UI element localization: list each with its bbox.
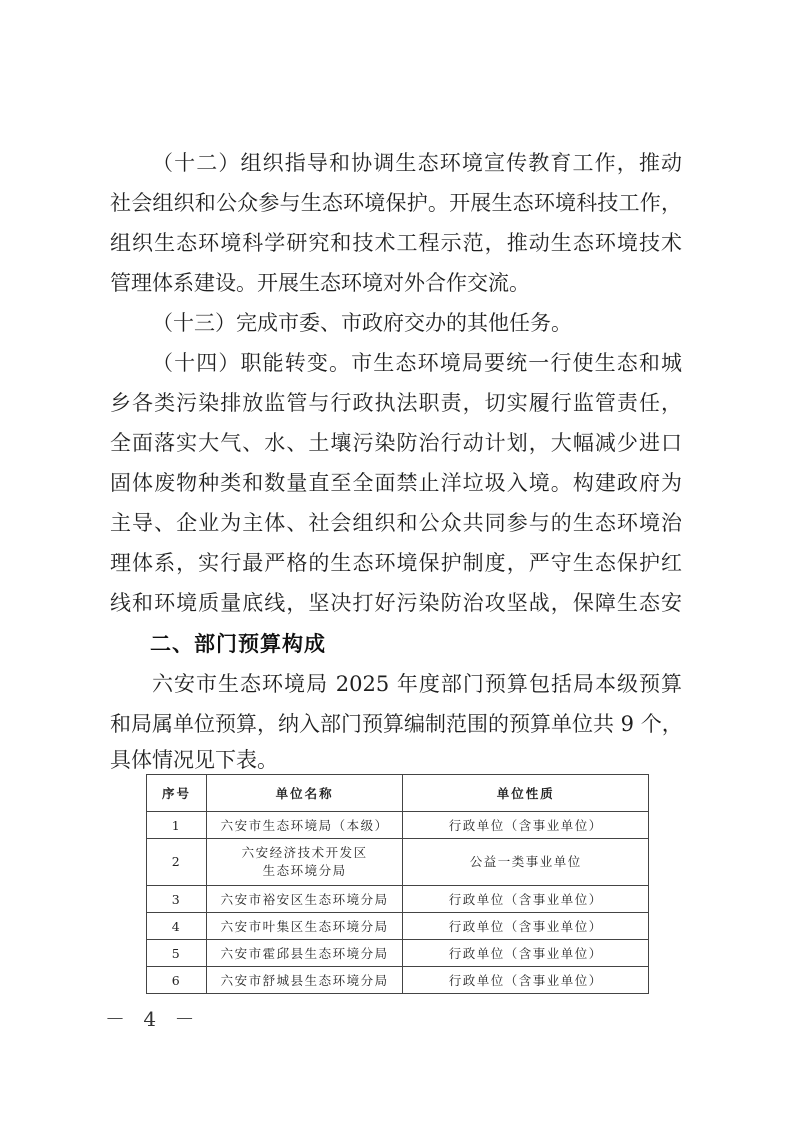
header-unit-type: 单位性质	[403, 775, 649, 812]
cell-unit-name: 六安经济技术开发区 生态环境分局	[206, 839, 403, 886]
cell-unit-name-line1: 六安经济技术开发区	[207, 844, 403, 862]
cell-no: 4	[147, 913, 207, 940]
paragraph-line: 线和环境质量底线，坚决打好污染防治攻坚战，保障生态安	[110, 583, 682, 623]
table-row: 6 六安市舒城县生态环境分局 行政单位（含事业单位）	[147, 967, 649, 994]
section-heading: 二、部门预算构成	[150, 624, 326, 664]
cell-unit-name: 六安市叶集区生态环境分局	[206, 913, 403, 940]
paragraph-line: （十三）完成市委、市政府交办的其他任务。	[152, 303, 682, 343]
cell-unit-type: 行政单位（含事业单位）	[403, 886, 649, 913]
table-row: 3 六安市裕安区生态环境分局 行政单位（含事业单位）	[147, 886, 649, 913]
table-row: 4 六安市叶集区生态环境分局 行政单位（含事业单位）	[147, 913, 649, 940]
paragraph-line: 六安市生态环境局 2025 年度部门预算包括局本级预算	[152, 664, 682, 704]
paragraph-line: 组织生态环境科学研究和技术工程示范，推动生态环境技术	[110, 223, 682, 263]
table-row: 5 六安市霍邱县生态环境分局 行政单位（含事业单位）	[147, 940, 649, 967]
paragraph-line: （十二）组织指导和协调生态环境宣传教育工作，推动	[152, 143, 682, 183]
table-row: 1 六安市生态环境局（本级） 行政单位（含事业单位）	[147, 812, 649, 839]
cell-no: 3	[147, 886, 207, 913]
paragraph-line: 和局属单位预算，纳入部门预算编制范围的预算单位共 9 个，	[110, 704, 682, 744]
cell-unit-type: 行政单位（含事业单位）	[403, 967, 649, 994]
paragraph-line: 乡各类污染排放监管与行政执法职责，切实履行监管责任，	[110, 383, 682, 423]
cell-unit-type: 行政单位（含事业单位）	[403, 812, 649, 839]
header-no: 序号	[147, 775, 207, 812]
paragraph-line: 固体废物种类和数量直至全面禁止洋垃圾入境。构建政府为	[110, 463, 682, 503]
paragraph-line: 全面落实大气、水、土壤污染防治行动计划，大幅减少进口	[110, 423, 682, 463]
paragraph-line: 社会组织和公众参与生态环境保护。开展生态环境科技工作，	[110, 183, 682, 223]
cell-unit-type: 公益一类事业单位	[403, 839, 649, 886]
cell-no: 1	[147, 812, 207, 839]
table-header-row: 序号 单位名称 单位性质	[147, 775, 649, 812]
cell-no: 5	[147, 940, 207, 967]
cell-unit-name: 六安市霍邱县生态环境分局	[206, 940, 403, 967]
paragraph-line: 主导、企业为主体、社会组织和公众共同参与的生态环境治	[110, 503, 682, 543]
paragraph-line: （十四）职能转变。市生态环境局要统一行使生态和城	[152, 343, 682, 383]
page-number: － 4 －	[105, 1003, 200, 1032]
cell-unit-name: 六安市舒城县生态环境分局	[206, 967, 403, 994]
cell-unit-type: 行政单位（含事业单位）	[403, 940, 649, 967]
table-row: 2 六安经济技术开发区 生态环境分局 公益一类事业单位	[147, 839, 649, 886]
cell-unit-name-line2: 生态环境分局	[207, 862, 403, 880]
budget-units-table: 序号 单位名称 单位性质 1 六安市生态环境局（本级） 行政单位（含事业单位） …	[146, 774, 649, 994]
header-unit-name: 单位名称	[206, 775, 403, 812]
paragraph-line: 管理体系建设。开展生态环境对外合作交流。	[110, 263, 682, 303]
cell-unit-type: 行政单位（含事业单位）	[403, 913, 649, 940]
cell-unit-name: 六安市裕安区生态环境分局	[206, 886, 403, 913]
document-page: （十二）组织指导和协调生态环境宣传教育工作，推动 社会组织和公众参与生态环境保护…	[0, 0, 793, 1122]
cell-no: 2	[147, 839, 207, 886]
paragraph-line: 理体系，实行最严格的生态环境保护制度，严守生态保护红	[110, 543, 682, 583]
cell-no: 6	[147, 967, 207, 994]
cell-unit-name: 六安市生态环境局（本级）	[206, 812, 403, 839]
